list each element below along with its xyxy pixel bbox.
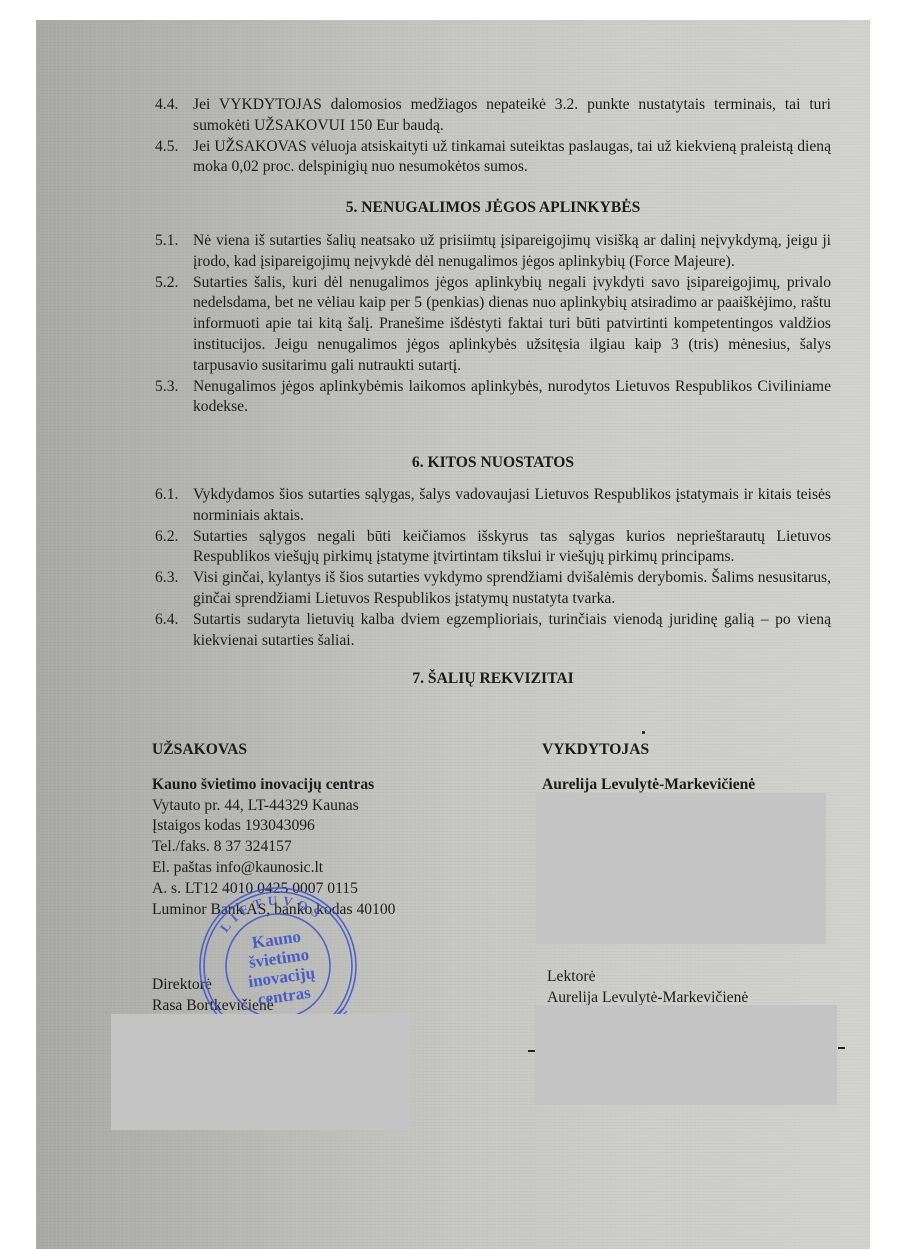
section-5-clauses: 5.1. Nė viena iš sutarties šalių neatsak…	[155, 231, 831, 418]
redaction-contractor-details	[536, 793, 826, 944]
contractor-title: VYKDYTOJAS	[542, 740, 862, 761]
redaction-contractor-signature	[534, 1005, 837, 1105]
contractor-details: VYKDYTOJAS Aurelija Levulytė-Markevičien…	[542, 740, 862, 796]
customer-phone: Tel./faks. 8 37 324157	[152, 837, 482, 858]
clause-number: 5.2.	[155, 273, 178, 294]
customer-address: Vytauto pr. 44, LT-44329 Kaunas	[152, 796, 482, 817]
clause-text: Sutarties sąlygos negali būti keičiamos …	[193, 528, 831, 566]
clause-number: 6.2.	[155, 527, 178, 548]
signature-line-mark	[528, 1050, 535, 1052]
redaction-customer-signature	[111, 1014, 410, 1130]
customer-company-code: Įstaigos kodas 193043096	[152, 816, 482, 837]
clause-5-2: 5.2. Sutarties šalis, kuri dėl nenugalim…	[155, 273, 831, 377]
clause-text: Sutartis sudaryta lietuvių kalba dviem e…	[193, 611, 831, 649]
clause-6-1: 6.1. Vykdydamos šios sutarties sąlygas, …	[155, 485, 831, 527]
clause-text: Vykdydamos šios sutarties sąlygas, šalys…	[193, 486, 831, 524]
clause-number: 6.4.	[155, 610, 178, 631]
clause-text: Jei UŽSAKOVAS vėluoja atsiskaityti už ti…	[193, 138, 831, 176]
contractor-signature-block: Lektorė Aurelija Levulytė-Markevičienė	[547, 967, 748, 1009]
clause-number: 6.3.	[155, 568, 178, 589]
signature-line-mark	[838, 1047, 845, 1049]
clause-number: 4.5.	[155, 137, 178, 158]
section-6-heading: 6. KITOS NUOSTATOS	[155, 454, 831, 472]
clause-number: 5.3.	[155, 377, 178, 398]
clause-text: Nenugalimos jėgos aplinkybėmis laikomos …	[193, 378, 831, 416]
customer-org: Kauno švietimo inovacijų centras	[152, 775, 482, 796]
scan-speck	[642, 731, 645, 734]
clause-6-3: 6.3. Visi ginčai, kylantys iš šios sutar…	[155, 568, 831, 610]
clause-text: Sutarties šalis, kuri dėl nenugalimos jė…	[193, 274, 831, 374]
clause-4-4: 4.4. Jei VYKDYTOJAS dalomosios medžiagos…	[155, 95, 831, 137]
section-5-heading: 5. NENUGALIMOS JĖGOS APLINKYBĖS	[155, 199, 831, 217]
clause-5-1: 5.1. Nė viena iš sutarties šalių neatsak…	[155, 231, 831, 273]
clause-number: 6.1.	[155, 485, 178, 506]
clause-number: 4.4.	[155, 95, 178, 116]
clause-text: Nė viena iš sutarties šalių neatsako už …	[193, 232, 831, 270]
clause-5-3: 5.3. Nenugalimos jėgos aplinkybėmis laik…	[155, 377, 831, 419]
contractor-position: Lektorė	[547, 967, 748, 988]
clause-6-4: 6.4. Sutartis sudaryta lietuvių kalba dv…	[155, 610, 831, 652]
section-7-heading: 7. ŠALIŲ REKVIZITAI	[155, 670, 831, 688]
clause-text: Jei VYKDYTOJAS dalomosios medžiagos nepa…	[193, 96, 831, 134]
clause-6-2: 6.2. Sutarties sąlygos negali būti keiči…	[155, 527, 831, 569]
customer-title: UŽSAKOVAS	[152, 740, 482, 761]
section-6-clauses: 6.1. Vykdydamos šios sutarties sąlygas, …	[155, 485, 831, 651]
customer-email: El. paštas info@kaunosic.lt	[152, 858, 482, 879]
section-4-clauses: 4.4. Jei VYKDYTOJAS dalomosios medžiagos…	[155, 95, 831, 178]
clause-number: 5.1.	[155, 231, 178, 252]
clause-text: Visi ginčai, kylantys iš šios sutarties …	[193, 569, 831, 607]
clause-4-5: 4.5. Jei UŽSAKOVAS vėluoja atsiskaityti …	[155, 137, 831, 179]
